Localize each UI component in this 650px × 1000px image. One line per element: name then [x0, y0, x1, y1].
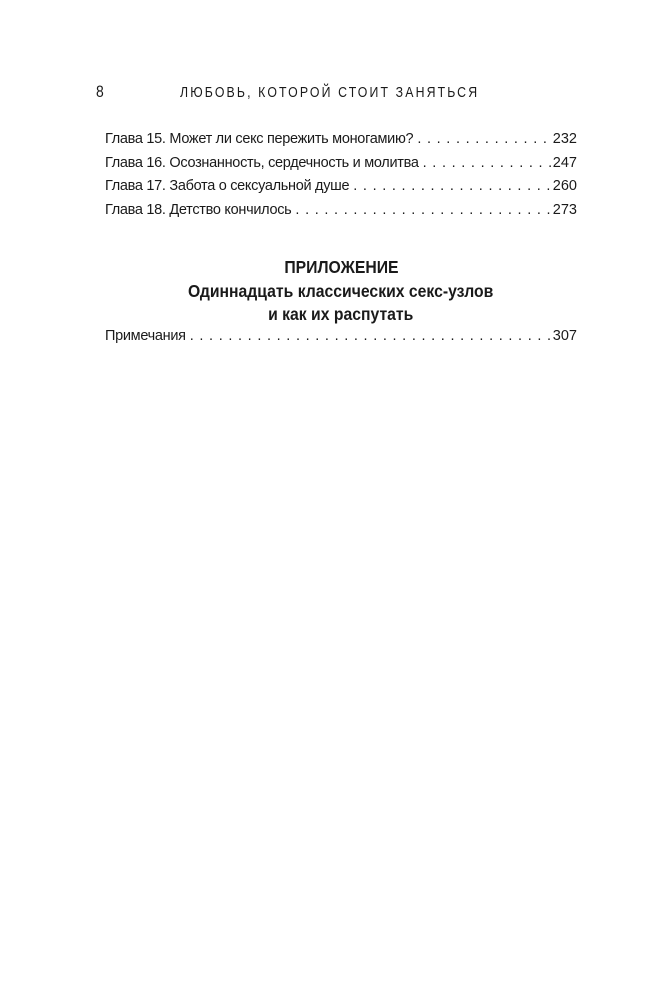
running-head: ЛЮБОВЬ, КОТОРОЙ СТОИТ ЗАНЯТЬСЯ [180, 84, 446, 101]
dot-leader [417, 131, 551, 147]
toc-entry-title: Примечания [105, 328, 186, 344]
toc-entry-chapter-16: Глава 16. Осознанность, сердечность и мо… [105, 155, 577, 179]
toc-entry-page: 307 [553, 328, 577, 344]
table-of-contents: Глава 15. Может ли секс пережить моногам… [105, 131, 577, 225]
toc-entry-title: Глава 17. Забота о сексуальной душе [105, 178, 349, 194]
dot-leader [423, 155, 552, 171]
dot-leader [190, 328, 552, 344]
appendix-subtitle-line-1: Одиннадцать классических секс-узлов [105, 280, 577, 304]
appendix-heading: ПРИЛОЖЕНИЕ [105, 256, 577, 280]
page-number: 8 [96, 82, 104, 102]
toc-entry-page: 260 [553, 178, 577, 194]
toc-entry-chapter-15: Глава 15. Может ли секс пережить моногам… [105, 131, 577, 155]
toc-entry-page: 247 [553, 155, 577, 171]
appendix-subtitle-line-2: и как их распутать [105, 303, 577, 327]
toc-entry-notes: Примечания 307 [105, 328, 577, 352]
notes-section: Примечания 307 [105, 328, 577, 352]
toc-entry-page: 273 [553, 202, 577, 218]
toc-entry-chapter-18: Глава 18. Детство кончилось 273 [105, 202, 577, 226]
toc-entry-title: Глава 15. Может ли секс пережить моногам… [105, 131, 413, 147]
toc-entry-chapter-17: Глава 17. Забота о сексуальной душе 260 [105, 178, 577, 202]
dot-leader [295, 202, 551, 218]
appendix-heading-block: ПРИЛОЖЕНИЕ Одиннадцать классических секс… [105, 256, 577, 327]
toc-entry-title: Глава 18. Детство кончилось [105, 202, 291, 218]
appendix-subtitle-text-2: и как их распутать [268, 303, 413, 327]
dot-leader [353, 178, 552, 194]
appendix-heading-text: ПРИЛОЖЕНИЕ [284, 256, 398, 280]
toc-entry-title: Глава 16. Осознанность, сердечность и мо… [105, 155, 419, 171]
toc-entry-page: 232 [553, 131, 577, 147]
appendix-subtitle-text-1: Одиннадцать классических секс-узлов [188, 280, 493, 304]
